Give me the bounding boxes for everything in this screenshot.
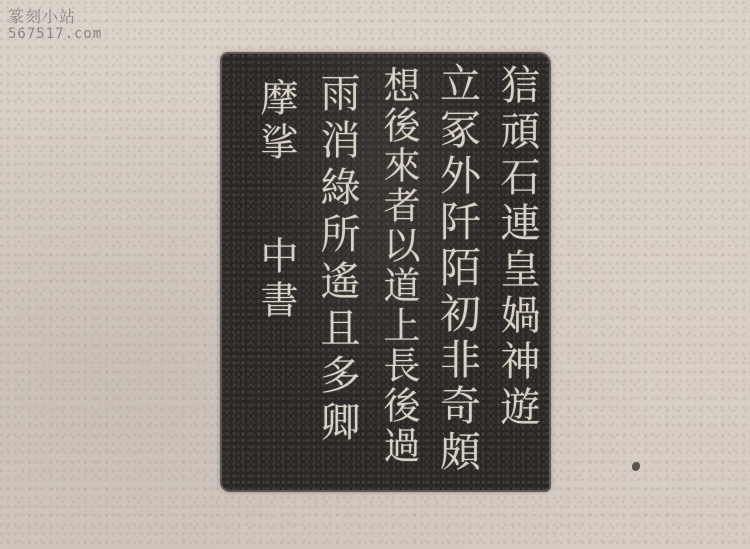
rubbing-column-1: 狺頑石連皇媧神遊 (497, 64, 537, 432)
paper-speck (632, 462, 640, 471)
watermark-url: 567517.com (8, 26, 102, 42)
rubbing-column-5: 摩挲中書 (257, 78, 295, 324)
calligraphy-rubbing: 狺頑石連皇媧神遊 立冢外阡陌初非奇頗 想後來者以道上長後過 雨消綠所遙且多卿 摩… (222, 54, 549, 490)
rubbing-column-4: 雨消綠所遙且多卿 (317, 72, 357, 448)
watermark: 篆刻小站 567517.com (8, 8, 102, 42)
rubbing-column-2: 立冢外阡陌初非奇頗 (436, 62, 477, 476)
rubbing-column-3: 想後來者以道上長後過 (380, 66, 417, 466)
watermark-title: 篆刻小站 (8, 8, 102, 26)
rubbing-column-5-bottom: 中書 (254, 236, 298, 324)
rubbing-column-5-top: 摩挲 (254, 78, 298, 166)
